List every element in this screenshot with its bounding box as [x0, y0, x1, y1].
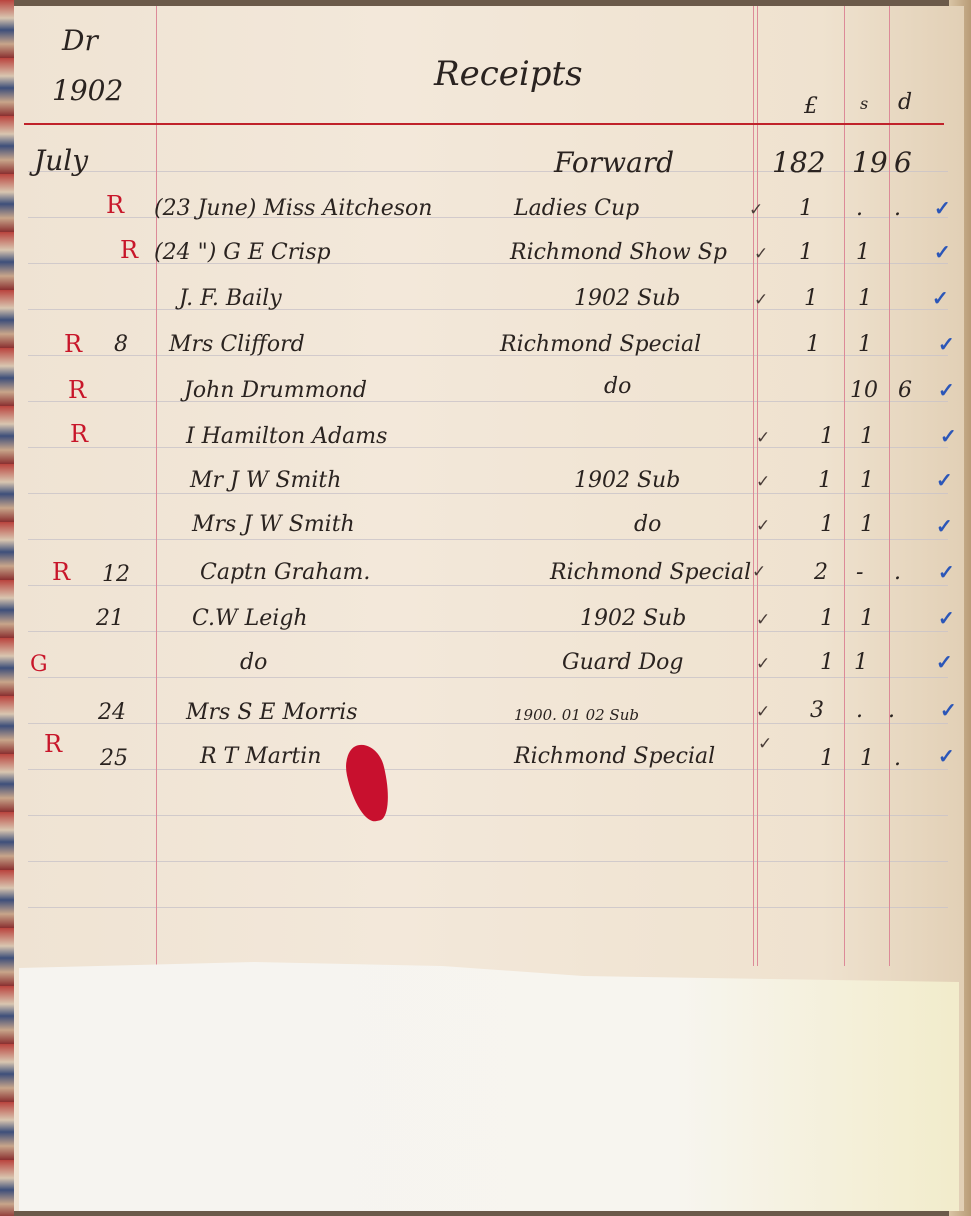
ruled-line — [28, 631, 948, 632]
check-icon: ✓ — [754, 290, 768, 310]
row-item: Forward — [554, 146, 674, 179]
row-item: Guard Dog — [562, 650, 683, 675]
row-name: C.W Leigh — [192, 606, 308, 631]
check-icon: ✓ — [756, 654, 770, 674]
row-mark: R — [106, 191, 124, 219]
audit-check-icon: ✓ — [934, 240, 951, 264]
row-shillings: 19 — [852, 146, 888, 179]
row-shillings: 1 — [860, 746, 874, 771]
ruled-line — [28, 401, 948, 402]
row-pounds: 3 — [810, 698, 824, 723]
audit-check-icon: ✓ — [938, 332, 955, 356]
row-mark: G — [30, 652, 48, 677]
row-shillings: 1 — [860, 424, 874, 449]
ruled-line — [28, 447, 948, 448]
row-shillings: . — [856, 698, 863, 723]
row-shillings: 1 — [858, 286, 872, 311]
row-pounds: 1 — [806, 332, 820, 357]
page-title: Receipts — [434, 54, 583, 94]
row-pence: . — [894, 196, 901, 221]
row-pence: 6 — [898, 378, 912, 403]
audit-check-icon: ✓ — [938, 744, 955, 768]
ledger-page: Dr 1902 Receipts £ s d July Forward 182 … — [14, 6, 964, 1211]
check-icon: ✓ — [756, 428, 770, 448]
audit-check-icon: ✓ — [938, 560, 955, 584]
header-rule — [24, 123, 944, 125]
ruled-line — [28, 815, 948, 816]
book-binding-marbled-edge — [0, 0, 14, 1216]
check-icon: ✓ — [758, 734, 772, 754]
audit-check-icon: ✓ — [938, 606, 955, 630]
row-mark: R — [44, 730, 62, 758]
row-pounds: 1 — [820, 746, 834, 771]
audit-check-icon: ✓ — [934, 196, 951, 220]
ruled-line — [28, 539, 948, 540]
check-icon: ✓ — [752, 562, 766, 582]
row-pence: . — [894, 746, 901, 771]
red-ink-blot — [341, 741, 394, 825]
audit-check-icon: ✓ — [932, 286, 949, 310]
audit-check-icon: ✓ — [940, 424, 957, 448]
row-pence: . — [894, 560, 901, 585]
row-item: 1902 Sub — [580, 606, 686, 631]
row-item: 1902 Sub — [574, 468, 680, 493]
row-name: do — [240, 650, 267, 675]
row-day: 8 — [114, 332, 128, 357]
row-pounds: 1 — [820, 606, 834, 631]
row-item: 1902 Sub — [574, 286, 680, 311]
row-shillings: 1 — [860, 468, 874, 493]
row-pounds: 1 — [799, 240, 813, 265]
row-pounds: 1 — [818, 468, 832, 493]
row-name: Mrs S E Morris — [186, 700, 358, 725]
row-name: (24 ") G E Crisp — [154, 240, 331, 265]
check-icon: ✓ — [756, 610, 770, 630]
row-shillings: 1 — [858, 332, 872, 357]
row-item: 1900. 01 02 Sub — [514, 706, 639, 724]
row-pounds: 2 — [814, 560, 828, 585]
row-item: Richmond Special — [500, 332, 701, 357]
row-item: Richmond Special — [514, 744, 715, 769]
row-item: do — [604, 374, 631, 399]
row-pounds: 1 — [820, 424, 834, 449]
check-icon: ✓ — [754, 244, 768, 264]
row-name: Mr J W Smith — [190, 468, 341, 493]
row-shillings: . — [856, 196, 863, 221]
row-name: (23 June) Miss Aitcheson — [154, 196, 432, 221]
pounds-header: £ — [804, 94, 818, 119]
row-shillings: 1 — [860, 512, 874, 537]
row-name: R T Martin — [200, 744, 321, 769]
row-shillings: 10 — [850, 378, 878, 403]
row-item: do — [634, 512, 661, 537]
audit-check-icon: ✓ — [940, 698, 957, 722]
row-name: Captn Graham. — [200, 560, 370, 585]
shillings-column-rule — [844, 6, 845, 966]
pence-header: d — [898, 90, 912, 115]
row-day: 12 — [102, 562, 130, 587]
date-column-rule — [156, 6, 157, 966]
ruled-line — [28, 493, 948, 494]
row-mark: R — [70, 420, 88, 448]
check-icon: ✓ — [756, 702, 770, 722]
row-shillings: 1 — [860, 606, 874, 631]
row-pounds: 1 — [820, 650, 834, 675]
row-name: I Hamilton Adams — [186, 424, 387, 449]
row-shillings: 1 — [854, 650, 868, 675]
row-name: John Drummond — [184, 378, 367, 403]
ruled-line — [28, 723, 948, 724]
row-day: 24 — [98, 700, 126, 725]
row-name: J. F. Baily — [179, 286, 282, 311]
check-icon: ✓ — [756, 516, 770, 536]
row-mark: R — [52, 558, 70, 586]
audit-check-icon: ✓ — [936, 514, 953, 538]
row-name: Mrs J W Smith — [192, 512, 355, 537]
month-label: July — [34, 144, 88, 177]
row-mark: R — [120, 236, 138, 264]
audit-check-icon: ✓ — [936, 650, 953, 674]
row-pounds: 1 — [820, 512, 834, 537]
debit-label: Dr — [62, 24, 98, 57]
check-icon: ✓ — [756, 472, 770, 492]
row-mark: R — [64, 330, 82, 358]
check-icon: ✓ — [749, 200, 763, 220]
row-shillings: - — [856, 560, 863, 585]
year-label: 1902 — [52, 74, 123, 107]
row-day: 25 — [100, 746, 128, 771]
ruled-line — [28, 677, 948, 678]
row-pence: . — [888, 698, 895, 723]
pounds-column-rule-left — [753, 6, 754, 966]
ruled-line — [28, 769, 948, 770]
row-pence: 6 — [894, 146, 912, 179]
blank-paper-insert — [19, 962, 959, 1211]
row-pounds: 1 — [799, 196, 813, 221]
audit-check-icon: ✓ — [936, 468, 953, 492]
row-item: Richmond Special — [550, 560, 751, 585]
ruled-line — [28, 861, 948, 862]
row-shillings: 1 — [856, 240, 870, 265]
shillings-header: s — [860, 94, 868, 113]
ruled-line — [28, 585, 948, 586]
pence-column-rule — [889, 6, 890, 966]
row-item: Ladies Cup — [514, 196, 639, 221]
ruled-line — [28, 907, 948, 908]
row-mark: R — [68, 376, 86, 404]
row-day: 21 — [96, 606, 124, 631]
row-name: Mrs Clifford — [169, 332, 305, 357]
row-pounds: 1 — [804, 286, 818, 311]
audit-check-icon: ✓ — [938, 378, 955, 402]
row-pounds: 182 — [772, 146, 825, 179]
row-item: Richmond Show Sp — [510, 240, 727, 265]
